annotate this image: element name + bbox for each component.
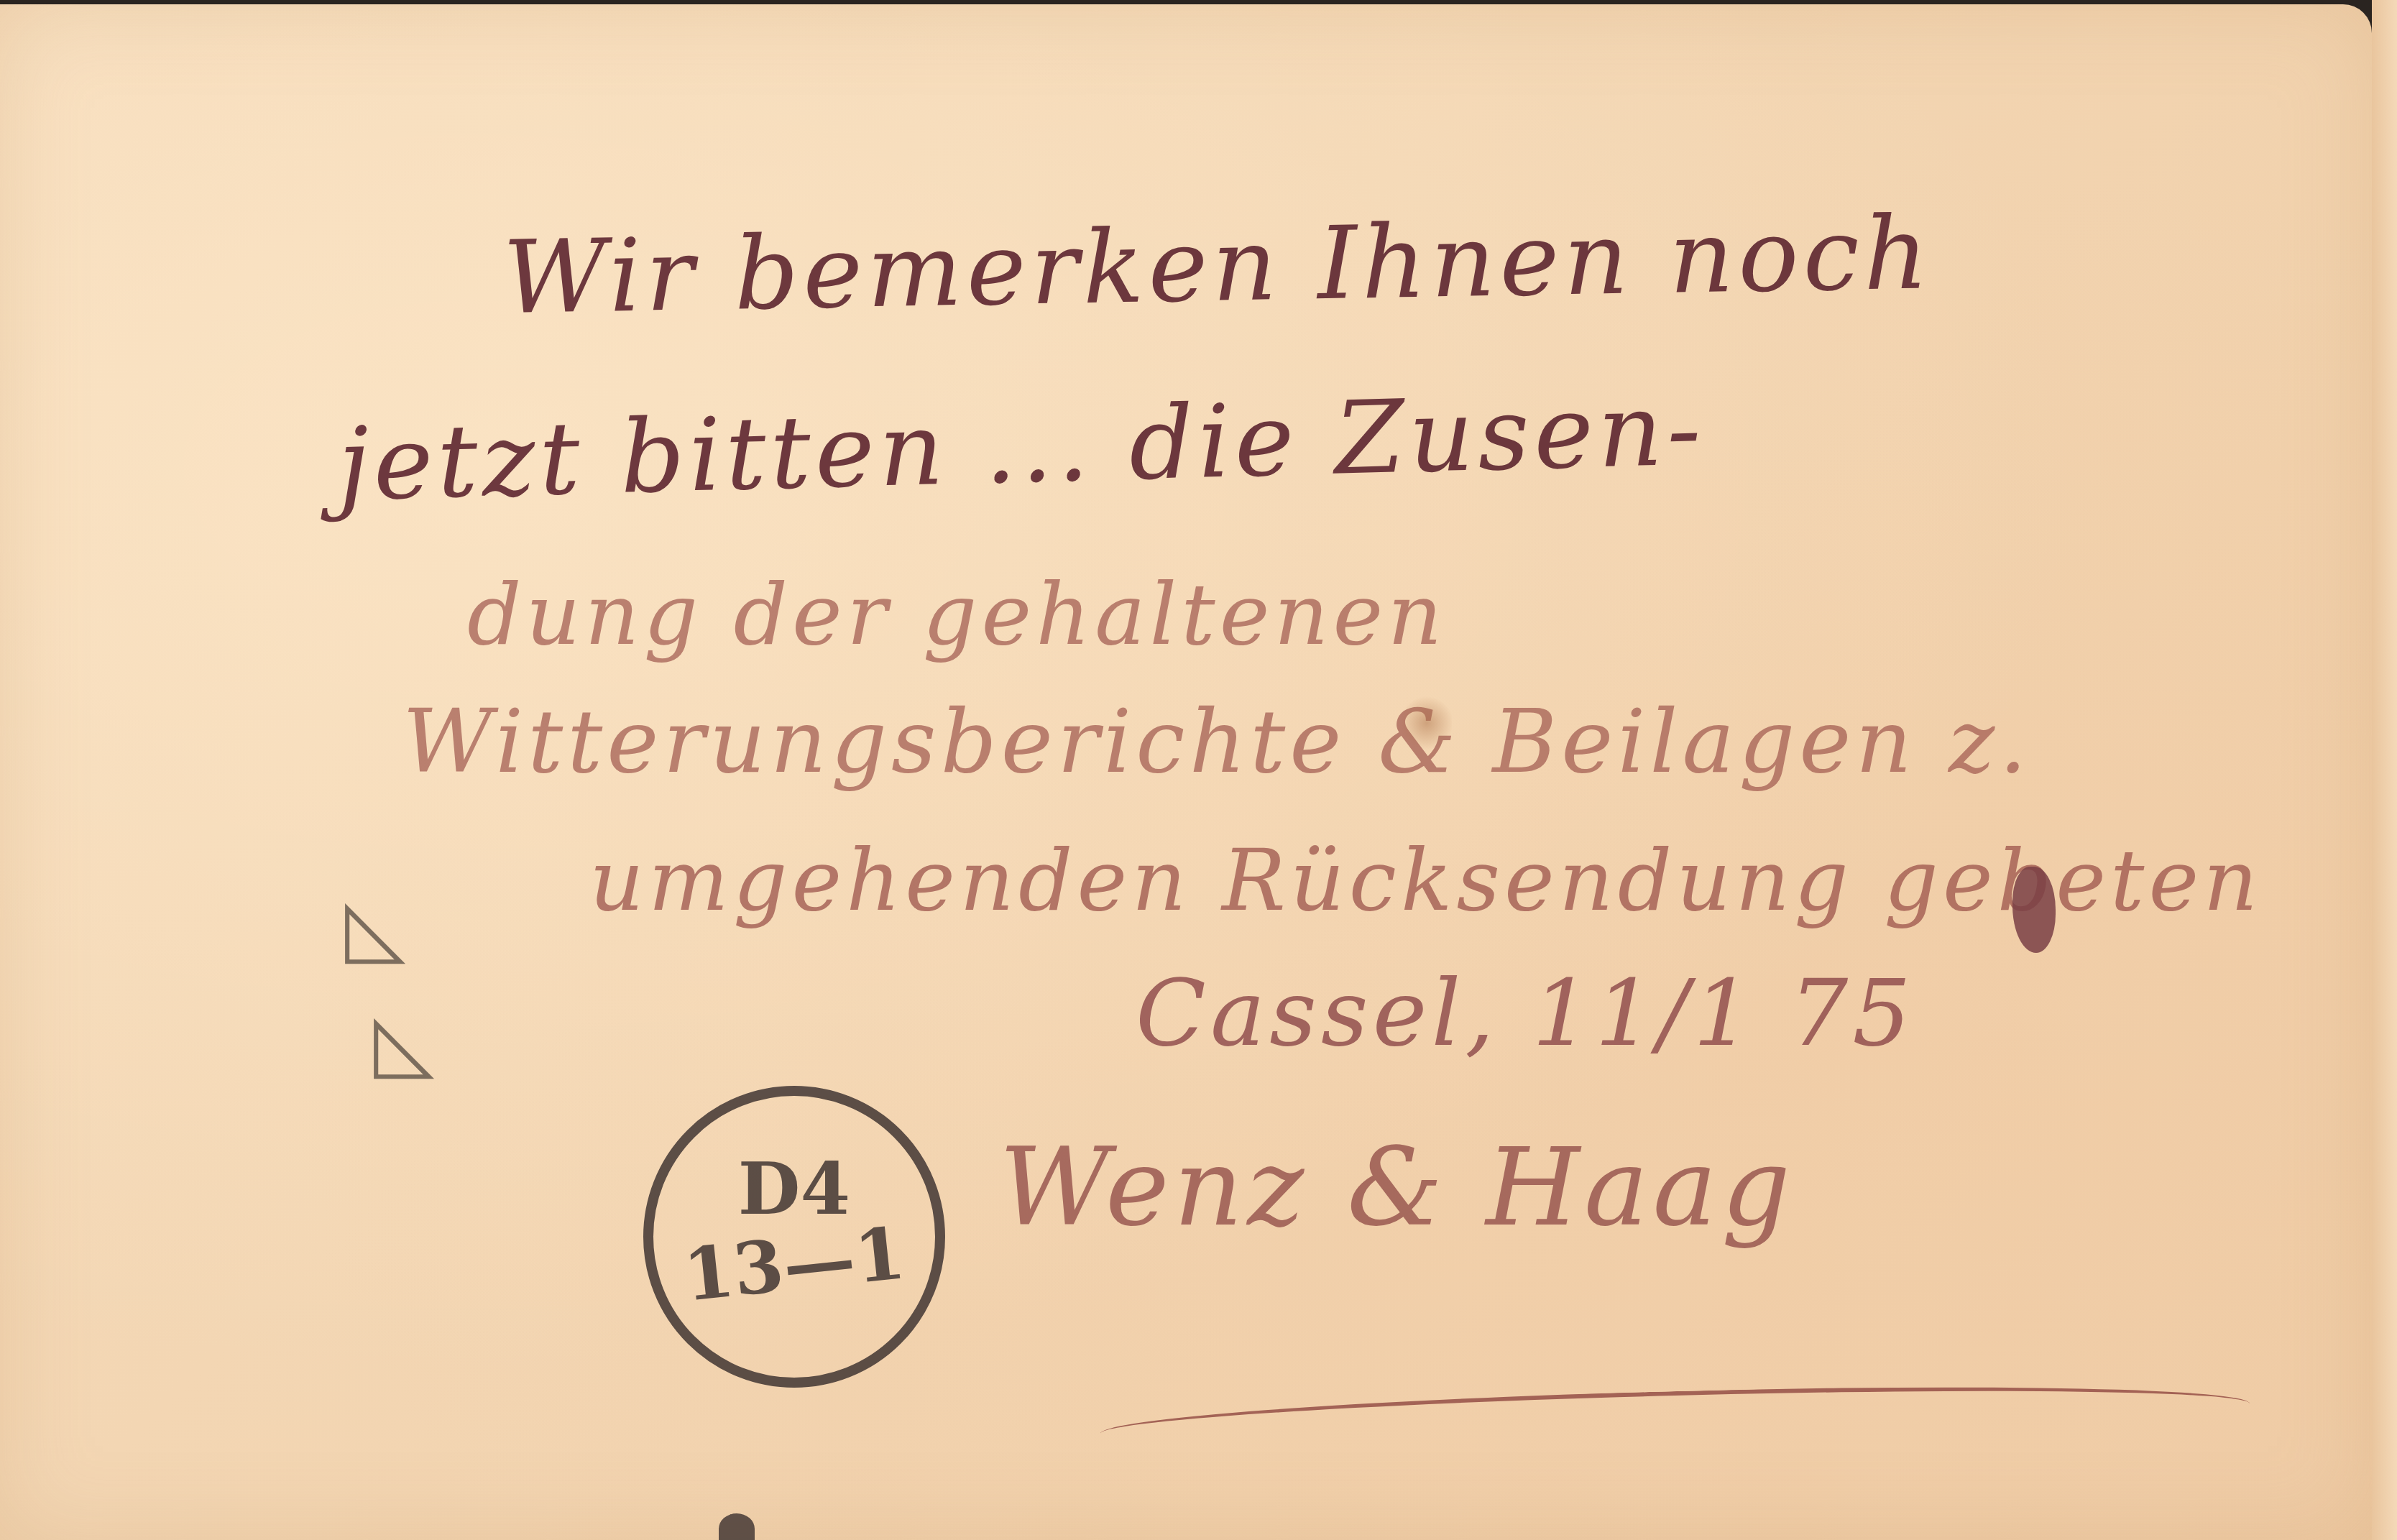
signature-flourish <box>1100 1376 2250 1439</box>
card-edge <box>2372 0 2397 1540</box>
pencil-triangle-mark: ◺ <box>374 996 435 1088</box>
pencil-triangle-mark: ◺ <box>345 881 406 973</box>
ink-blot <box>2012 867 2056 953</box>
signature: Wenz & Haag <box>999 1125 1795 1250</box>
message-line-3: dung der gehaltenen <box>467 565 1446 664</box>
stamp-fragment <box>719 1513 755 1540</box>
place-date-line: Cassel, 11/1 75 <box>1136 960 1915 1067</box>
postmark-stamp: D4 13—1 <box>643 1086 945 1388</box>
message-line-4: Witterungsberichte & Beilagen z. <box>402 691 2031 793</box>
paper-stain <box>1402 694 1452 752</box>
message-line-5: umgehenden Rücksendung gebeten <box>589 831 2262 930</box>
postcard: Wir bemerken Ihnen noch jetzt bitten ...… <box>0 4 2372 1540</box>
message-line-1: Wir bemerken Ihnen noch <box>502 195 1934 337</box>
message-line-2: jetzt bitten ... die Zusen- <box>336 371 1706 524</box>
